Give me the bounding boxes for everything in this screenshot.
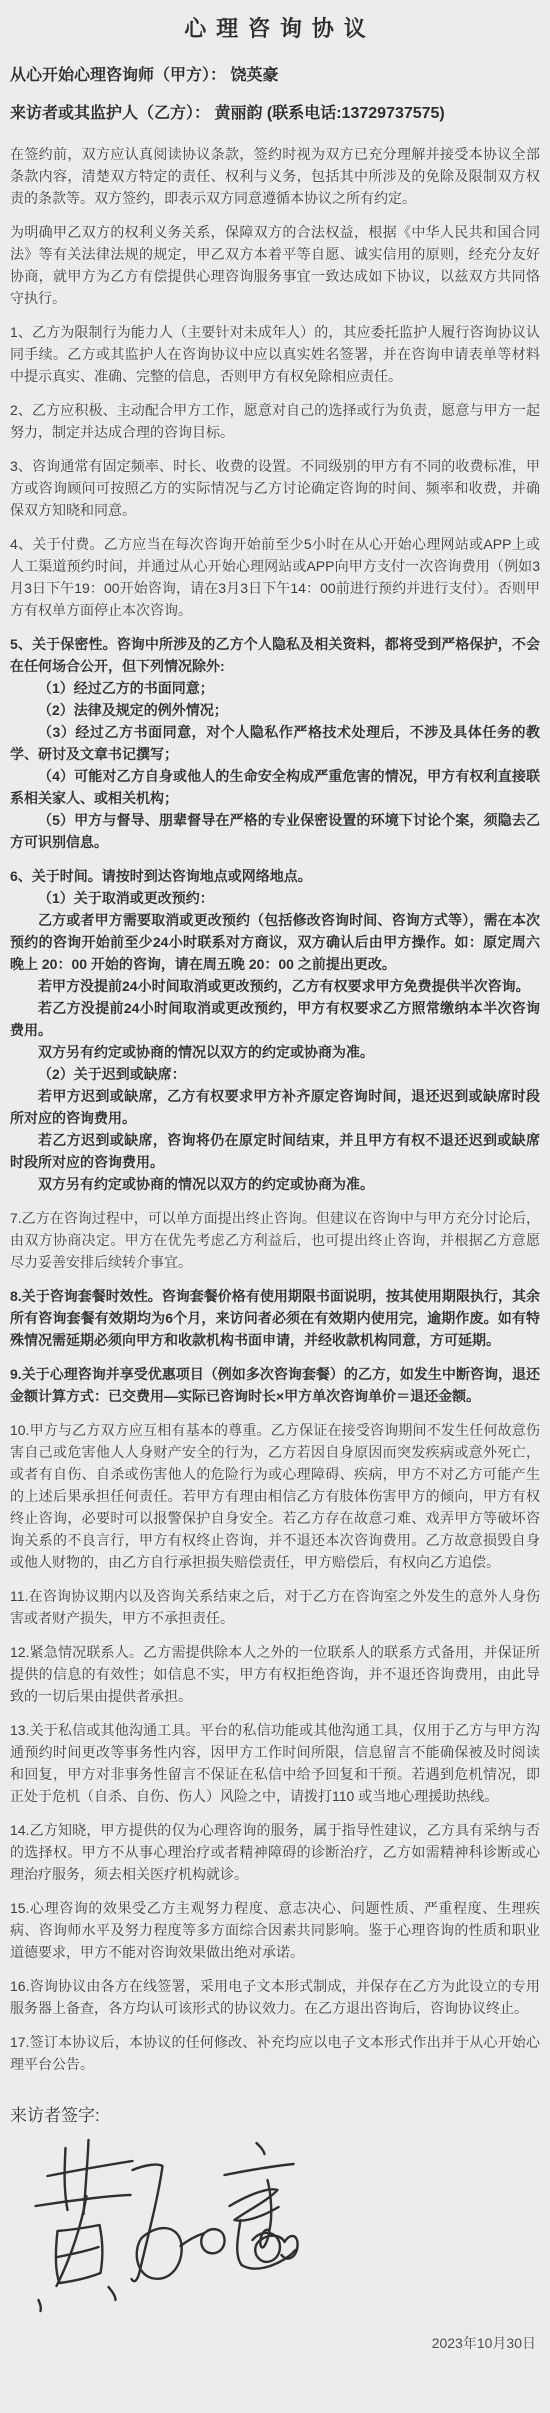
paragraph: （1）关于取消或更改预约：: [10, 887, 540, 909]
signature-date: 2023年10月30日: [10, 2333, 536, 2353]
paragraph: 为明确甲乙双方的权利义务关系，保障双方的合法权益，根据《中华人民共和国合同法》等…: [10, 221, 540, 309]
paragraph: 若乙方迟到或缺席，咨询将仍在原定时间结束，并且甲方有权不退还迟到或缺席时段所对应…: [10, 1129, 540, 1173]
paragraph: 15.心理咨询的效果受乙方主观努力程度、意志决心、问题性质、严重程度、生理疾病、…: [10, 1897, 540, 1963]
paragraph: 16.咨询协议由各方在线签署，采用电子文本形式制成，并保存在乙方为此设立的专用服…: [10, 1975, 540, 2019]
paragraph: 13.关于私信或其他沟通工具。平台的私信功能或其他沟通工具，仅用于乙方与甲方沟通…: [10, 1719, 540, 1807]
paragraph: 12.紧急情况联系人。乙方需提供除本人之外的一位联系人的联系方式备用，并保证所提…: [10, 1641, 540, 1707]
paragraph: （4）可能对乙方自身或他人的生命安全构成严重危害的情况，甲方有权利直接联系相关家…: [10, 765, 540, 809]
paragraph: 在签约前，双方应认真阅读协议条款，签约时视为双方已充分理解并接受本协议全部条款内…: [10, 143, 540, 209]
paragraph: 若乙方没提前24小时间取消或更改预约，甲方有权要求乙方照常缴纳本半次咨询费用。: [10, 997, 540, 1041]
paragraph: 14.乙方知晓，甲方提供的仅为心理咨询的服务，属于指导性建议，乙方具有采纳与否的…: [10, 1819, 540, 1885]
agreement-body: 在签约前，双方应认真阅读协议条款，签约时视为双方已充分理解并接受本协议全部条款内…: [10, 143, 540, 2075]
paragraph: 双方另有约定或协商的情况以双方的约定或协商为准。: [10, 1041, 540, 1063]
paragraph: 8.关于咨询套餐时效性。咨询套餐价格有使用期限书面说明，按其使用期限执行，其余所…: [10, 1285, 540, 1351]
handwritten-signature: [26, 2134, 311, 2319]
agreement-document: 心理咨询协议 从心开始心理咨询师（甲方）： 饶英豪 来访者或其监护人（乙方）： …: [0, 0, 550, 2413]
paragraph: （2）法律及规定的例外情况；: [10, 699, 540, 721]
party-a-line: 从心开始心理咨询师（甲方）： 饶英豪: [10, 63, 540, 89]
paragraph: （1）经过乙方的书面同意；: [10, 677, 540, 699]
page-title: 心理咨询协议: [10, 12, 540, 43]
paragraph: 4、关于付费。乙方应当在每次咨询开始前至少5小时在从心开始心理网站或APP上或人…: [10, 533, 540, 621]
party-b-line: 来访者或其监护人（乙方）： 黄丽韵 (联系电话:13729737575): [10, 101, 540, 127]
signature-label: 来访者签字:: [10, 2101, 540, 2126]
paragraph: 6、关于时间。请按时到达咨询地点或网络地点。: [10, 865, 540, 887]
paragraph: （2）关于迟到或缺席：: [10, 1063, 540, 1085]
paragraph: 10.甲方与乙方双方应互相有基本的尊重。乙方保证在接受咨询期间不发生任何故意伤害…: [10, 1419, 540, 1573]
signature-area: [26, 2134, 311, 2319]
paragraph: 7.乙方在咨询过程中，可以单方面提出终止咨询。但建议在咨询中与甲方充分讨论后，由…: [10, 1207, 540, 1273]
paragraph: 双方另有约定或协商的情况以双方的约定或协商为准。: [10, 1173, 540, 1195]
paragraph: 若甲方没提前24小时间取消或更改预约，乙方有权要求甲方免费提供半次咨询。: [10, 975, 540, 997]
paragraph: （3）经过乙方书面同意，对个人隐私作严格技术处理后，不涉及具体任务的教学、研讨及…: [10, 721, 540, 765]
paragraph: 9.关于心理咨询并享受优惠项目（例如多次咨询套餐）的乙方，如发生中断咨询，退还金…: [10, 1363, 540, 1407]
paragraph: 5、关于保密性。咨询中所涉及的乙方个人隐私及相关资料，都将受到严格保护，不会在任…: [10, 633, 540, 677]
paragraph: 11.在咨询协议期内以及咨询关系结束之后，对于乙方在咨询室之外发生的意外人身伤害…: [10, 1585, 540, 1629]
paragraph: （5）甲方与督导、朋辈督导在严格的专业保密设置的环境下讨论个案，须隐去乙方可识别…: [10, 809, 540, 853]
paragraph: 17.签订本协议后，本协议的任何修改、补充均应以电子文本形式作出并于从心开始心理…: [10, 2031, 540, 2075]
paragraph: 乙方或者甲方需要取消或更改预约（包括修改咨询时间、咨询方式等），需在本次预约的咨…: [10, 909, 540, 975]
paragraph: 2、乙方应积极、主动配合甲方工作，愿意对自己的选择或行为负责，愿意与甲方一起努力…: [10, 399, 540, 443]
paragraph: 3、咨询通常有固定频率、时长、收费的设置。不同级别的甲方有不同的收费标准，甲方或…: [10, 455, 540, 521]
paragraph: 若甲方迟到或缺席，乙方有权要求甲方补齐原定咨询时间，退还迟到或缺席时段所对应的咨…: [10, 1085, 540, 1129]
paragraph: 1、乙方为限制行为能力人（主要针对未成年人）的，其应委托监护人履行咨询协议认同手…: [10, 321, 540, 387]
